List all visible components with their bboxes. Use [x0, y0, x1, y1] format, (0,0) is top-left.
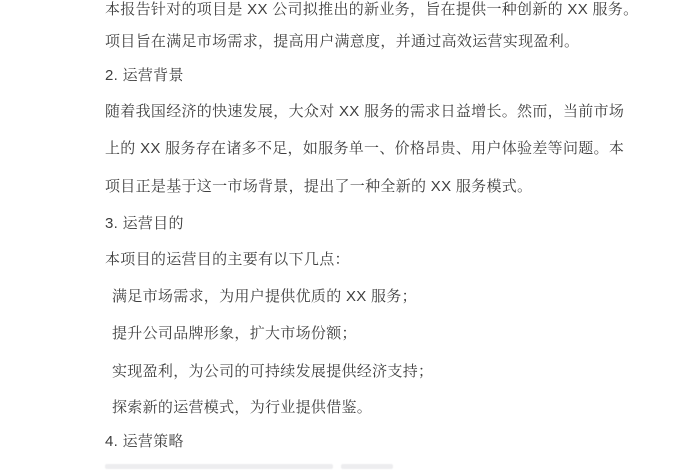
- paragraph-line: 项目正是基于这一市场背景，提出了一种全新的 XX 服务模式。: [105, 178, 532, 195]
- cropped-text-line-fragment: [105, 464, 333, 469]
- list-item-line: 提升公司品牌形象，扩大市场份额；: [112, 325, 357, 342]
- paragraph-line: 本项目的运营目的主要有以下几点：: [105, 251, 350, 268]
- paragraph-line: 本报告针对的项目是 XX 公司拟推出的新业务，旨在提供一种创新的 XX 服务。: [105, 1, 638, 18]
- section-heading-operating-purpose: 3. 运营目的: [105, 215, 184, 232]
- paragraph-line: 随着我国经济的快速发展，大众对 XX 服务的需求日益增长。然而，当前市场: [105, 103, 624, 120]
- paragraph-line: 项目旨在满足市场需求，提高用户满意度，并通过高效运营实现盈利。: [105, 33, 579, 50]
- section-heading-operating-background: 2. 运营背景: [105, 67, 184, 84]
- document-page: 本报告针对的项目是 XX 公司拟推出的新业务，旨在提供一种创新的 XX 服务。 …: [0, 0, 700, 470]
- cropped-text-line-fragment: [341, 464, 393, 469]
- list-item-line: 探索新的运营模式，为行业提供借鉴。: [112, 399, 372, 416]
- list-item-line: 实现盈利，为公司的可持续发展提供经济支持；: [112, 363, 433, 380]
- list-item-line: 满足市场需求，为用户提供优质的 XX 服务；: [112, 288, 417, 305]
- section-heading-operating-strategy: 4. 运营策略: [105, 433, 184, 450]
- paragraph-line: 上的 XX 服务存在诸多不足，如服务单一、价格昂贵、用户体验差等问题。本: [105, 140, 624, 157]
